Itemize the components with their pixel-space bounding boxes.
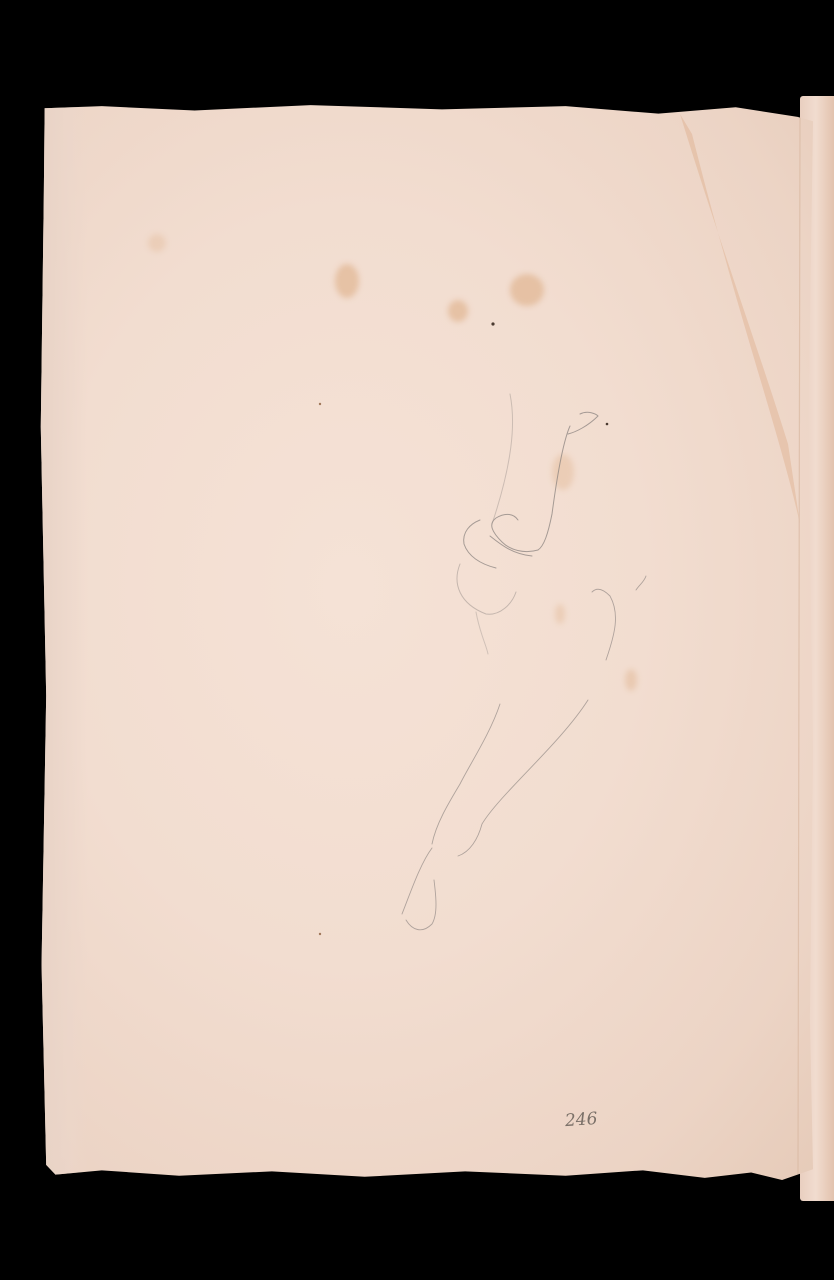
scan-scene: 246 (0, 0, 834, 1280)
page-number: 246 (564, 1109, 598, 1131)
paper-sheet: 246 (40, 104, 813, 1180)
pencil-sketch (40, 104, 813, 1180)
